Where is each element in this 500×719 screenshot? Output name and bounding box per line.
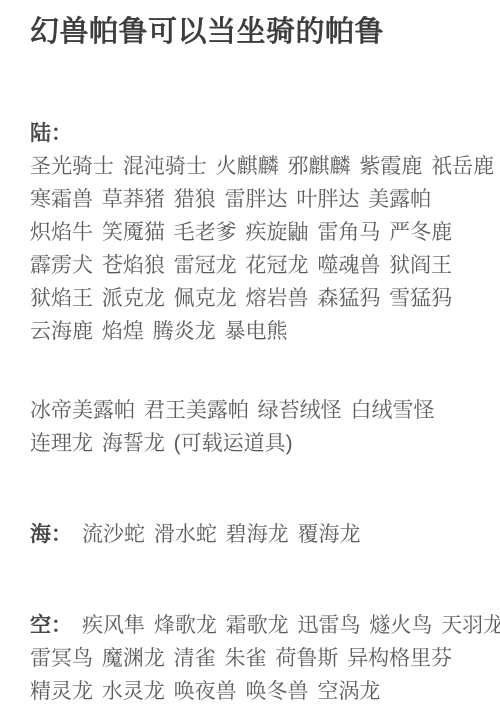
pal-names-line: 精灵龙 水灵龙 唤夜兽 唤冬兽 空涡龙 <box>30 675 472 708</box>
section-sky: 空：疾风隼 烽歌龙 霜歌龙 迅雷鸟 燧火鸟 天羽龙 雷冥鸟 魔渊龙 清雀 朱雀 … <box>30 609 472 708</box>
section-sky-label: 空： <box>30 614 72 637</box>
pal-names-line: 雷冥鸟 魔渊龙 清雀 朱雀 荷鲁斯 异构格里芬 <box>30 642 472 675</box>
pal-names-line: 狱焰王 派克龙 佩克龙 熔岩兽 森猛犸 雪猛犸 <box>30 282 472 315</box>
pal-names-inline: 疾风隼 烽歌龙 霜歌龙 迅雷鸟 燧火鸟 天羽龙 <box>82 614 500 637</box>
pal-names-inline: 流沙蛇 滑水蛇 碧海龙 覆海龙 <box>82 523 361 546</box>
pal-names-line: 寒霜兽 草莽猪 猎狼 雷胖达 叶胖达 美露帕 <box>30 183 472 216</box>
page-title: 幻兽帕鲁可以当坐骑的帕鲁 <box>30 12 472 53</box>
pal-names-line: 圣光骑士 混沌骑士 火麒麟 邪麒麟 紫霞鹿 祇岳鹿 <box>30 150 472 183</box>
pal-names-line: 冰帝美露帕 君王美露帕 绿苔绒怪 白绒雪怪 <box>30 394 472 427</box>
section-sea: 海：流沙蛇 滑水蛇 碧海龙 覆海龙 <box>30 518 472 551</box>
section-sky-line-1: 空：疾风隼 烽歌龙 霜歌龙 迅雷鸟 燧火鸟 天羽龙 <box>30 609 472 642</box>
pal-names-line: 连理龙 海誓龙 (可载运道具) <box>30 427 472 460</box>
section-land-paragraph-1: 圣光骑士 混沌骑士 火麒麟 邪麒麟 紫霞鹿 祇岳鹿 寒霜兽 草莽猪 猎狼 雷胖达… <box>30 150 472 348</box>
section-sea-label: 海： <box>30 523 72 546</box>
pal-names-line: 炽焰牛 笑魇猫 毛老爹 疾旋鼬 雷角马 严冬鹿 <box>30 216 472 249</box>
pal-names-line: 霹雳犬 苍焰狼 雷冠龙 花冠龙 噬魂兽 狱阎王 <box>30 249 472 282</box>
section-sea-line: 海：流沙蛇 滑水蛇 碧海龙 覆海龙 <box>30 518 472 551</box>
section-land: 陆： 圣光骑士 混沌骑士 火麒麟 邪麒麟 紫霞鹿 祇岳鹿 寒霜兽 草莽猪 猎狼 … <box>30 117 472 460</box>
section-land-paragraph-2: 冰帝美露帕 君王美露帕 绿苔绒怪 白绒雪怪 连理龙 海誓龙 (可载运道具) <box>30 394 472 460</box>
section-land-label: 陆： <box>30 122 72 145</box>
section-land-label-line: 陆： <box>30 117 472 150</box>
pal-names-line: 云海鹿 焰煌 腾炎龙 暴电熊 <box>30 315 472 348</box>
article-page: 幻兽帕鲁可以当坐骑的帕鲁 陆： 圣光骑士 混沌骑士 火麒麟 邪麒麟 紫霞鹿 祇岳… <box>0 0 500 719</box>
